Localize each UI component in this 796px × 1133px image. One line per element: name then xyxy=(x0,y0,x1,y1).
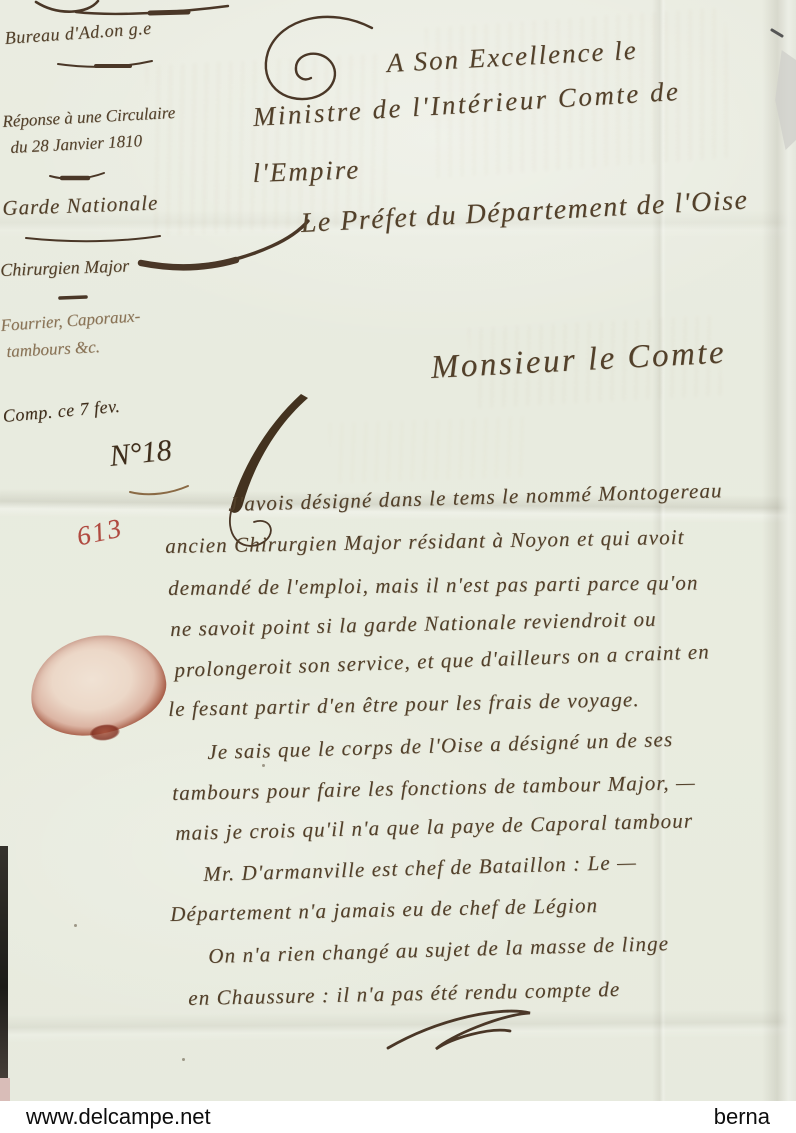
margin-note-reponse-line2: du 28 Janvier 1810 xyxy=(10,131,143,158)
margin-note-chirurgien-major: Chirurgien Major xyxy=(0,256,129,281)
letter-scan: Bureau d'Ad.on g.e Réponse à une Circula… xyxy=(0,0,796,1133)
address-line3: l'Empire xyxy=(252,154,361,189)
margin-note-date: Comp. ce 7 fev. xyxy=(2,396,121,427)
paper-fold-right-edge xyxy=(762,0,796,1133)
scan-edge-left xyxy=(0,846,8,1082)
paper-speck xyxy=(74,924,77,927)
body-line: Je sais que le corps de l'Oise a désigné… xyxy=(207,727,674,765)
archive-number-red: 613 xyxy=(74,512,126,552)
body-line: prolongeroit son service, et que d'aille… xyxy=(174,639,710,683)
wax-seal-stain xyxy=(25,628,172,742)
body-line: ancien Chirurgien Major résidant à Noyon… xyxy=(165,525,685,559)
body-line: ne savoit point si la garde Nationale re… xyxy=(170,607,657,642)
flourish-topleft-underline-thick xyxy=(150,12,188,13)
paper-speck xyxy=(182,1058,185,1061)
body-line: en Chaussure : il n'a pas été rendu comp… xyxy=(188,977,621,1011)
bleedthrough-smudge xyxy=(329,417,531,484)
body-line: mais je crois qu'il n'a que la paye de C… xyxy=(175,808,693,846)
scan-edge-left-pink xyxy=(0,1078,10,1102)
flourish-topleft-underline xyxy=(76,6,228,14)
margin-note-fourrier-line2: tambours &c. xyxy=(6,337,100,362)
flourish-sender-sweep-thick xyxy=(141,260,236,267)
body-line: le fesant partir d'en être pour les frai… xyxy=(168,687,640,722)
body-line: tambours pour faire les fonctions de tam… xyxy=(172,770,696,806)
underline-reponse xyxy=(50,173,104,179)
fold-crease-vertical xyxy=(652,0,666,1133)
margin-note-fourrier-line1: Fourrier, Caporaux- xyxy=(0,306,141,336)
body-line: Département n'a jamais eu de chef de Lég… xyxy=(170,893,598,927)
margin-note-bureau: Bureau d'Ad.on g.e xyxy=(4,18,152,49)
fold-crease-horizontal xyxy=(0,1009,796,1043)
underline-chirurgien xyxy=(60,297,86,298)
underline-bureau xyxy=(58,61,152,67)
flourish-topleft-loop xyxy=(36,1,98,12)
body-line: demandé de l'emploi, mais il n'est pas p… xyxy=(168,570,699,601)
watermark-bar: www.delcampe.net berna xyxy=(0,1101,796,1133)
paper-speck xyxy=(262,764,265,767)
margin-note-numero: N°18 xyxy=(108,434,173,474)
body-line: Mr. D'armanville est chef de Bataillon :… xyxy=(203,850,637,887)
watermark-right: berna xyxy=(714,1104,770,1130)
watermark-left: www.delcampe.net xyxy=(26,1104,211,1130)
body-line: On n'a rien changé au sujet de la masse … xyxy=(208,931,669,969)
